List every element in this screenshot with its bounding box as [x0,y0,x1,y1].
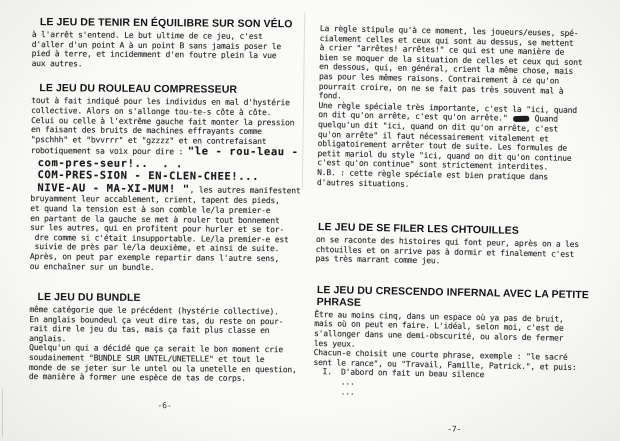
paragraph-rouleau-end: , les autres manifestent bruyamment leur… [30,185,301,271]
paragraph-crescendo: Être au moins cinq, dans un espace où ya… [313,310,598,373]
section-heading-velo: LE JEU DE TENIR EN ÉQUILIBRE SUR SON VÉL… [40,16,304,30]
page-number: -7- [312,422,596,436]
ink-scribble [513,116,529,122]
paragraph-rouleau: tout à fait indiqué pour les individus e… [30,96,304,273]
section-heading-bundle: LE JEU DU BUNDLE [37,291,301,305]
paragraph-continuation: La règle stipule qu'à ce moment, les jou… [319,24,604,106]
paragraph-chtouilles: on se raconte des histoires qui font peu… [315,235,600,269]
page-right: La règle stipule qu'à ce moment, les jou… [312,24,604,437]
crescendo-list: I. D'abord on fait un beau silence ... .… [313,367,598,401]
paragraph-bundle: même catégorie que le précédent (hystéri… [29,305,302,384]
page-number: -6- [29,400,301,411]
section-heading-crescendo: LE JEU DU CRESCENDO INFERNAL AVEC LA PET… [317,284,599,313]
paragraph-rule-speciale: Une règle spéciale très importante, c'es… [317,101,603,193]
scan-edge-mark [2,389,3,437]
page-left: LE JEU DE TENIR EN ÉQUILIBRE SUR SON VÉL… [29,16,304,411]
section-heading-rouleau: LE JEU DU ROULEAU COMPRESSEUR [39,82,303,96]
paragraph-velo: à l'arrêt s'entend. Le but ultime de ce … [32,30,304,71]
paragraph-rule-end: Quand quelqu'un dit "ici, quand on dit q… [317,114,572,188]
